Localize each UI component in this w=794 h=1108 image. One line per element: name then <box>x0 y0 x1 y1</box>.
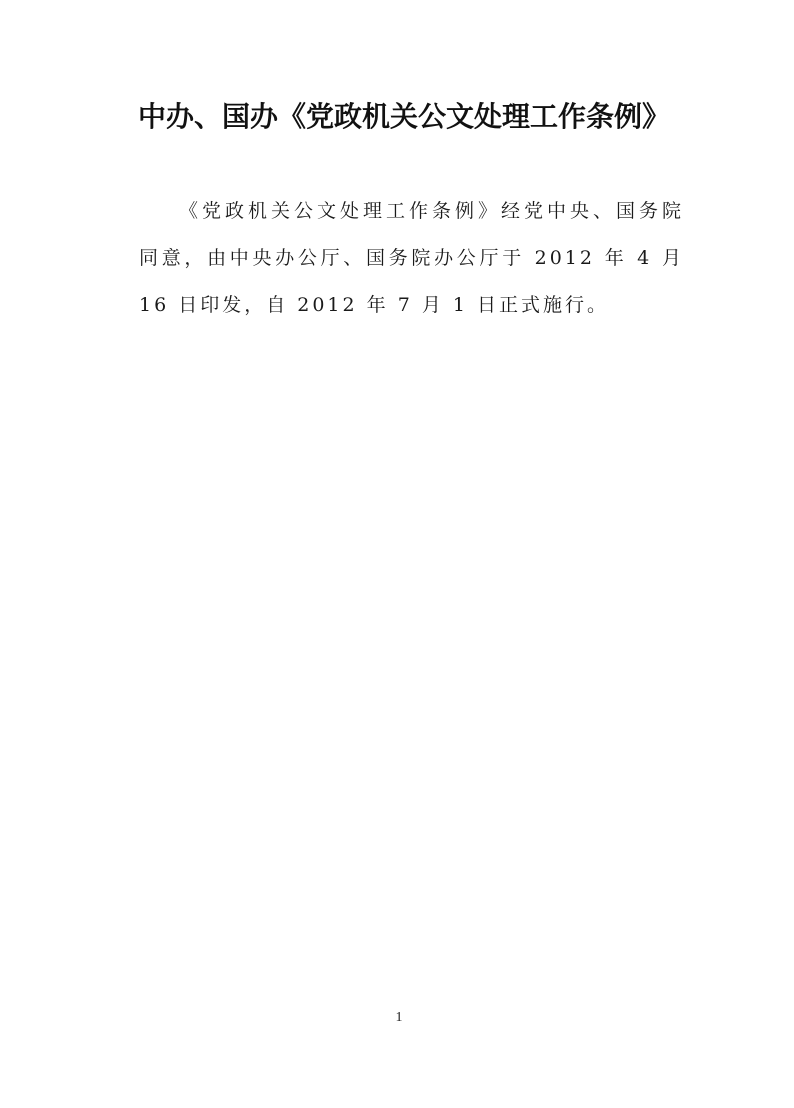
document-page: 中办、国办《党政机关公文处理工作条例》 《党政机关公文处理工作条例》经党中央、国… <box>0 0 794 1108</box>
document-title: 中办、国办《党政机关公文处理工作条例》 <box>138 97 698 137</box>
body-paragraph: 《党政机关公文处理工作条例》经党中央、国务院同意，由中央办公厅、国务院办公厅于 … <box>139 188 684 329</box>
page-number: 1 <box>389 1010 409 1026</box>
